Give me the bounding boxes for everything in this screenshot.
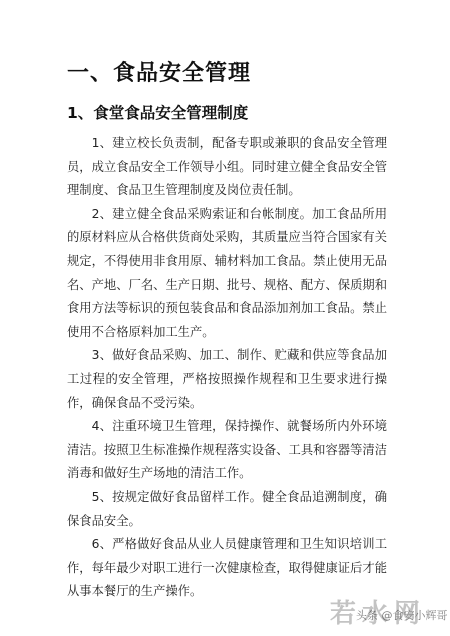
watermark-author: 头条 @食安小辉哥 [356, 607, 448, 623]
section-heading: 一、食品安全管理 [67, 56, 251, 87]
paragraph-4: 4、注重环境卫生管理，保持操作、就餐场所内外环境清洁。按照卫生标准操作规程落实设… [67, 415, 387, 486]
paragraph-3: 3、做好食品采购、加工、制作、贮藏和供应等食品加工过程的安全管理，严格按照操作规… [67, 344, 387, 415]
paragraph-5: 5、按规定做好食品留样工作。健全食品追溯制度，确保食品安全。 [67, 486, 387, 533]
paragraph-1: 1、建立校长负责制，配备专职或兼职的食品安全管理员，成立食品安全工作领导小组。同… [67, 132, 387, 203]
watermark: 若水网 头条 @食安小辉哥 [330, 593, 450, 633]
document-page: 一、食品安全管理 1、食堂食品安全管理制度 1、建立校长负责制，配备专职或兼职的… [0, 0, 450, 636]
subsection-heading: 1、食堂食品安全管理制度 [67, 101, 248, 123]
document-body: 1、建立校长负责制，配备专职或兼职的食品安全管理员，成立食品安全工作领导小组。同… [67, 132, 387, 604]
paragraph-2: 2、建立健全食品采购索证和台帐制度。加工食品所用的原材料应从合格供货商处采购，其… [67, 203, 387, 345]
